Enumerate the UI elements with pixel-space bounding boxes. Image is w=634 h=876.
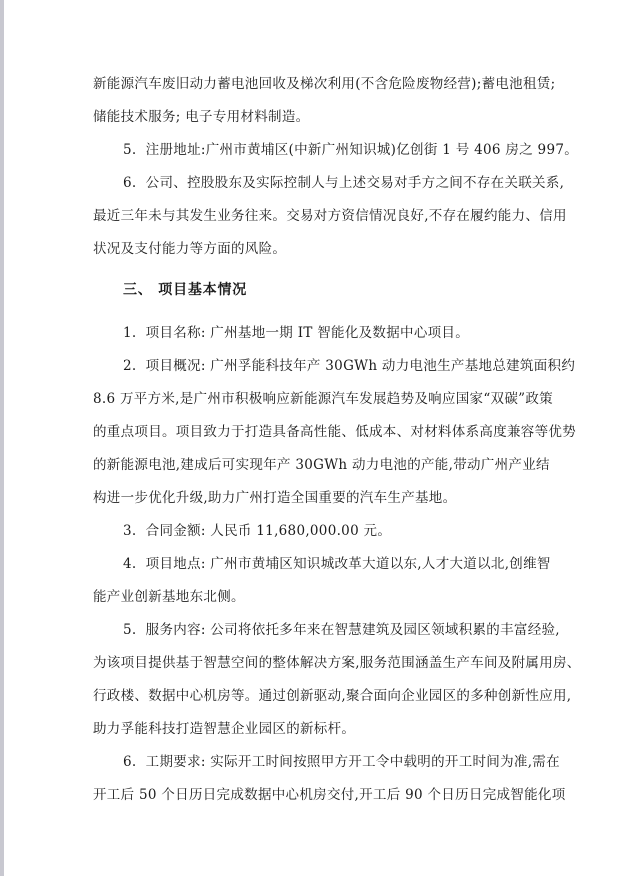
text-line: 助力孚能科技打造智慧企业园区的新标杆。 — [93, 713, 545, 746]
text-line: 6. 公司、控股股东及实际控制人与上述交易对手方之间不存在关联关系, — [93, 167, 545, 200]
text-line: 4. 项目地点: 广州市黄埔区知识城改革大道以东,人才大道以北,创维智 — [93, 548, 545, 581]
text-line: 5. 注册地址:广州市黄埔区(中新广州知识城)亿创街 1 号 406 房之 99… — [93, 134, 545, 167]
text-line: 5. 服务内容: 公司将依托多年来在智慧建筑及园区领域积累的丰富经验, — [93, 614, 545, 647]
text-line: 6. 工期要求: 实际开工时间按照甲方开工令中载明的开工时间为准,需在 — [93, 746, 545, 779]
text-line: 状况及支付能力等方面的风险。 — [93, 233, 545, 266]
text-line: 的新能源电池,建成后可实现年产 30GWh 动力电池的产能,带动广州产业结 — [93, 449, 545, 482]
text-line: 为该项目提供基于智慧空间的整体解决方案,服务范围涵盖生产车间及附属用房、 — [93, 647, 545, 680]
page-left-edge — [0, 0, 4, 876]
text-line: 开工后 50 个日历日完成数据中心机房交付,开工后 90 个日历日完成智能化项 — [93, 779, 545, 812]
text-line: 8.6 万平方米,是广州市积极响应新能源汽车发展趋势及响应国家“双碳”政策 — [93, 383, 545, 416]
text-line: 行政楼、数据中心机房等。通过创新驱动,聚合面向企业园区的多种创新性应用, — [93, 680, 545, 713]
text-line: 的重点项目。项目致力于打造具备高性能、低成本、对材料体系高度兼容等优势 — [93, 416, 545, 449]
document-content: 新能源汽车废旧动力蓄电池回收及梯次利用(不含危险废物经营);蓄电池租赁;储能技术… — [93, 68, 545, 812]
text-line: 储能技术服务; 电子专用材料制造。 — [93, 101, 545, 134]
text-line: 能产业创新基地东北侧。 — [93, 581, 545, 614]
text-line: 最近三年未与其发生业务往来。交易对方资信情况良好,不存在履约能力、信用 — [93, 200, 545, 233]
text-line: 1. 项目名称: 广州基地一期 IT 智能化及数据中心项目。 — [93, 317, 545, 350]
text-line: 2. 项目概况: 广州孚能科技年产 30GWh 动力电池生产基地总建筑面积约 — [93, 350, 545, 383]
document-page: { "page": { "background_color": "#ffffff… — [0, 0, 634, 876]
text-line: 3. 合同金额: 人民币 11,680,000.00 元。 — [93, 515, 545, 548]
text-line: 构进一步优化升级,助力广州打造全国重要的汽车生产基地。 — [93, 482, 545, 515]
section-heading: 三、 项目基本情况 — [93, 274, 545, 307]
text-line: 新能源汽车废旧动力蓄电池回收及梯次利用(不含危险废物经营);蓄电池租赁; — [93, 68, 545, 101]
